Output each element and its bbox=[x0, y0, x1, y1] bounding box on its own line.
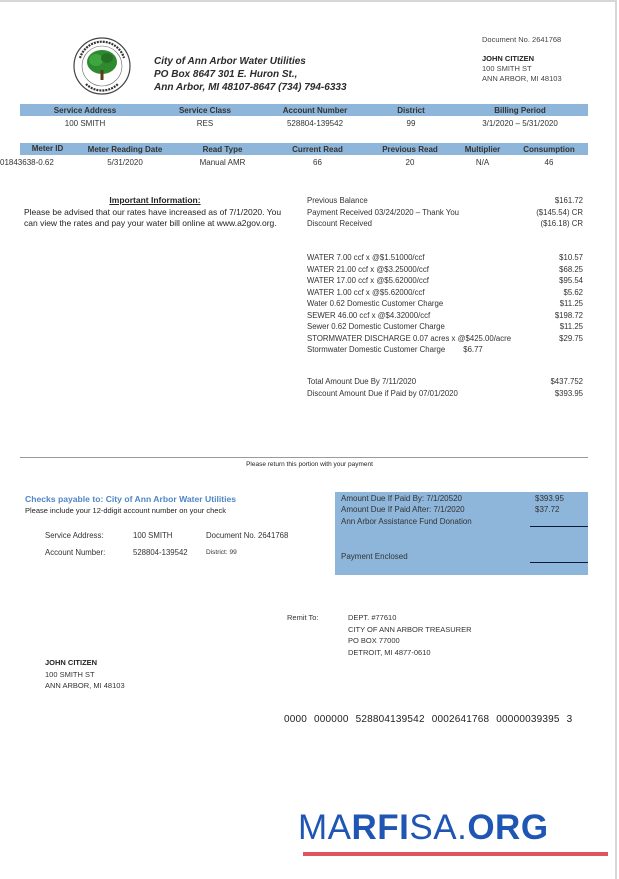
watermark-part: ORG bbox=[467, 808, 548, 847]
service-address: 100 SMITH bbox=[20, 116, 150, 130]
due-by-amount: $393.95 bbox=[535, 494, 564, 504]
watermark-part: SA. bbox=[409, 808, 467, 847]
total-label: Total Amount Due By 7/11/2020 bbox=[307, 376, 416, 388]
page-border bbox=[0, 0, 617, 879]
mailing-city: ANN ARBOR, MI 48103 bbox=[45, 680, 125, 692]
donation-label: Ann Arbor Assistance Fund Donation bbox=[341, 517, 472, 527]
return-note: Please return this portion with your pay… bbox=[0, 461, 619, 468]
totals: Total Amount Due By 7/11/2020$437.752 Di… bbox=[307, 376, 583, 399]
header-billing-period: Billing Period bbox=[452, 104, 588, 116]
charge-label: STORMWATER DISCHARGE 0.07 acres x @$425.… bbox=[307, 333, 511, 345]
charge-row: SEWER 46.00 ccf x @$4.32000/ccf$198.72 bbox=[307, 310, 583, 322]
stub-service-address-label: Service Address: bbox=[45, 531, 104, 540]
header-service-address: Service Address bbox=[20, 104, 150, 116]
current-read: 66 bbox=[270, 155, 365, 169]
charge-amount: $5.62 bbox=[563, 287, 583, 299]
meter-table: Meter ID Meter Reading Date Read Type Cu… bbox=[0, 143, 588, 169]
charge-amount: $11.25 bbox=[560, 298, 583, 310]
customer-street: 100 SMITH ST bbox=[482, 64, 562, 74]
mailing-address: JOHN CITIZEN 100 SMITH ST ANN ARBOR, MI … bbox=[45, 657, 125, 692]
remit-line: DEPT. #77610 bbox=[348, 612, 472, 624]
meter-id: 01843638-0.62 bbox=[0, 155, 75, 169]
charge-label: Stormwater Domestic Customer Charge bbox=[307, 344, 445, 356]
include-note: Please include your 12-ddigit account nu… bbox=[25, 506, 226, 515]
charge-row: Stormwater Domestic Customer Charge$6.77 bbox=[307, 344, 583, 356]
charge-amount: $29.75 bbox=[559, 333, 583, 345]
marfisa-watermark: MARFISA.ORG bbox=[298, 808, 549, 848]
charge-label: Water 0.62 Domestic Customer Charge bbox=[307, 298, 443, 310]
multiplier: N/A bbox=[455, 155, 510, 169]
customer-name: JOHN CITIZEN bbox=[482, 54, 562, 64]
watermark-part: RFI bbox=[352, 808, 410, 847]
total-label: Discount Amount Due if Paid by 07/01/202… bbox=[307, 388, 458, 400]
remit-line: DETROIT, MI 4877-0610 bbox=[348, 647, 472, 659]
payment-enclosed-label: Payment Enclosed bbox=[341, 552, 408, 562]
balance-row: Payment Received 03/24/2020 – Thank You(… bbox=[307, 207, 583, 219]
document-number: Document No. 2641768 bbox=[482, 35, 562, 45]
due-after-amount: $37.72 bbox=[535, 505, 559, 515]
charge-row: STORMWATER DISCHARGE 0.07 acres x @$425.… bbox=[307, 333, 583, 345]
charge-label: WATER 1.00 ccf x @$5.62000/ccf bbox=[307, 287, 425, 299]
important-information: Important Information: Please be advised… bbox=[24, 195, 286, 230]
customer-city: ANN ARBOR, MI 48103 bbox=[482, 74, 562, 84]
charge-row: WATER 7.00 ccf x @$1.51000/ccf$10.57 bbox=[307, 252, 583, 264]
remit-address: DEPT. #77610 CITY OF ANN ARBOR TREASURER… bbox=[348, 612, 472, 658]
charge-row: WATER 1.00 ccf x @$5.62000/ccf$5.62 bbox=[307, 287, 583, 299]
charge-amount: $198.72 bbox=[555, 310, 583, 322]
header-meter-reading-date: Meter Reading Date bbox=[75, 143, 175, 155]
utility-info: City of Ann Arbor Water Utilities PO Box… bbox=[154, 55, 347, 94]
charge-amount: $6.77 bbox=[463, 344, 483, 356]
header-previous-read: Previous Read bbox=[365, 143, 455, 155]
total-amount: $393.95 bbox=[555, 388, 583, 400]
meter-reading-date: 5/31/2020 bbox=[75, 155, 175, 169]
account-table: Service Address Service Class Account Nu… bbox=[20, 104, 588, 130]
balance-amount: $161.72 bbox=[555, 195, 583, 207]
district: 99 bbox=[370, 116, 452, 130]
read-type: Manual AMR bbox=[175, 155, 270, 169]
charge-row: Sewer 0.62 Domestic Customer Charge$11.2… bbox=[307, 321, 583, 333]
remit-line: PO BOX 77000 bbox=[348, 635, 472, 647]
utility-name: City of Ann Arbor Water Utilities bbox=[154, 55, 347, 68]
charge-label: WATER 7.00 ccf x @$1.51000/ccf bbox=[307, 252, 425, 264]
total-row: Total Amount Due By 7/11/2020$437.752 bbox=[307, 376, 583, 388]
header-current-read: Current Read bbox=[270, 143, 365, 155]
balance-label: Discount Received bbox=[307, 218, 372, 230]
remit-line: CITY OF ANN ARBOR TREASURER bbox=[348, 624, 472, 636]
important-information-body: Please be advised that our rates have in… bbox=[24, 207, 286, 230]
stub-account-number-value: 528804-139542 bbox=[133, 548, 188, 557]
city-seal-logo bbox=[66, 36, 138, 96]
account-table-row: 100 SMITH RES 528804-139542 99 3/1/2020 … bbox=[20, 116, 588, 130]
balance-amount: ($145.54) CR bbox=[536, 207, 583, 219]
charge-row: Water 0.62 Domestic Customer Charge$11.2… bbox=[307, 298, 583, 310]
balance-row: Discount Received($16.18) CR bbox=[307, 218, 583, 230]
consumption: 46 bbox=[510, 155, 588, 169]
balance-summary: Previous Balance$161.72 Payment Received… bbox=[307, 195, 583, 230]
scan-line: 0000 000000 528804139542 0002641768 0000… bbox=[284, 714, 572, 725]
header-district: District bbox=[370, 104, 452, 116]
stub-service-address-value: 100 SMITH bbox=[133, 531, 172, 540]
balance-amount: ($16.18) CR bbox=[541, 218, 583, 230]
header-meter-id: Meter ID bbox=[20, 143, 75, 155]
mailing-name: JOHN CITIZEN bbox=[45, 657, 125, 669]
charge-label: WATER 21.00 ccf x @$3.25000/ccf bbox=[307, 264, 429, 276]
watermark-underline bbox=[303, 852, 608, 856]
header-account-number: Account Number bbox=[260, 104, 370, 116]
stub-document-number: Document No. 2641768 bbox=[206, 531, 288, 540]
billing-period: 3/1/2020 – 5/31/2020 bbox=[452, 116, 588, 130]
remit-label: Remit To: bbox=[287, 612, 319, 624]
stub-document-number-text: Document No. 2641768 bbox=[206, 531, 288, 540]
payment-enclosed-field[interactable] bbox=[530, 562, 588, 563]
tear-line bbox=[20, 457, 588, 458]
mailing-street: 100 SMITH ST bbox=[45, 669, 125, 681]
charge-label: Sewer 0.62 Domestic Customer Charge bbox=[307, 321, 445, 333]
previous-read: 20 bbox=[365, 155, 455, 169]
total-row: Discount Amount Due if Paid by 07/01/202… bbox=[307, 388, 583, 400]
balance-label: Previous Balance bbox=[307, 195, 368, 207]
header-consumption: Consumption bbox=[510, 143, 588, 155]
meter-table-row: 01843638-0.62 5/31/2020 Manual AMR 66 20… bbox=[0, 155, 588, 169]
account-table-header: Service Address Service Class Account Nu… bbox=[20, 104, 588, 116]
due-after-label: Amount Due If Paid After: 7/1/2020 bbox=[341, 505, 465, 515]
header-service-class: Service Class bbox=[150, 104, 260, 116]
charge-amount: $68.25 bbox=[559, 264, 583, 276]
utility-address-2: Ann Arbor, MI 48107-8647 (734) 794-6333 bbox=[154, 81, 347, 94]
service-class: RES bbox=[150, 116, 260, 130]
charges-list: WATER 7.00 ccf x @$1.51000/ccf$10.57 WAT… bbox=[307, 252, 583, 356]
total-amount: $437.752 bbox=[550, 376, 583, 388]
payment-box: Amount Due If Paid By: 7/1/20520 $393.95… bbox=[335, 492, 588, 575]
charge-amount: $10.57 bbox=[559, 252, 583, 264]
charge-amount: $11.25 bbox=[560, 321, 583, 333]
charge-label: SEWER 46.00 ccf x @$4.32000/ccf bbox=[307, 310, 430, 322]
header-read-type: Read Type bbox=[175, 143, 270, 155]
charge-label: WATER 17.00 ccf x @$5.62000/ccf bbox=[307, 275, 429, 287]
header-multiplier: Multiplier bbox=[455, 143, 510, 155]
important-information-title: Important Information: bbox=[24, 195, 286, 207]
charge-row: WATER 21.00 ccf x @$3.25000/ccf$68.25 bbox=[307, 264, 583, 276]
charge-row: WATER 17.00 ccf x @$5.62000/ccf$95.54 bbox=[307, 275, 583, 287]
account-number: 528804-139542 bbox=[260, 116, 370, 130]
stub-account-number-label: Account Number: bbox=[45, 548, 105, 557]
balance-label: Payment Received 03/24/2020 – Thank You bbox=[307, 207, 459, 219]
balance-row: Previous Balance$161.72 bbox=[307, 195, 583, 207]
charge-amount: $95.54 bbox=[559, 275, 583, 287]
watermark-part: MA bbox=[298, 808, 352, 847]
due-by-label: Amount Due If Paid By: 7/1/20520 bbox=[341, 494, 462, 504]
utility-address-1: PO Box 8647 301 E. Huron St., bbox=[154, 68, 347, 81]
document-info: Document No. 2641768 JOHN CITIZEN 100 SM… bbox=[482, 35, 562, 84]
header-meter-id-cell: Meter ID bbox=[0, 143, 75, 155]
checks-payable: Checks payable to: City of Ann Arbor Wat… bbox=[25, 494, 236, 504]
stub-district: District: 99 bbox=[206, 549, 237, 556]
donation-amount-field[interactable] bbox=[530, 526, 588, 527]
meter-table-header: Meter ID Meter Reading Date Read Type Cu… bbox=[0, 143, 588, 155]
